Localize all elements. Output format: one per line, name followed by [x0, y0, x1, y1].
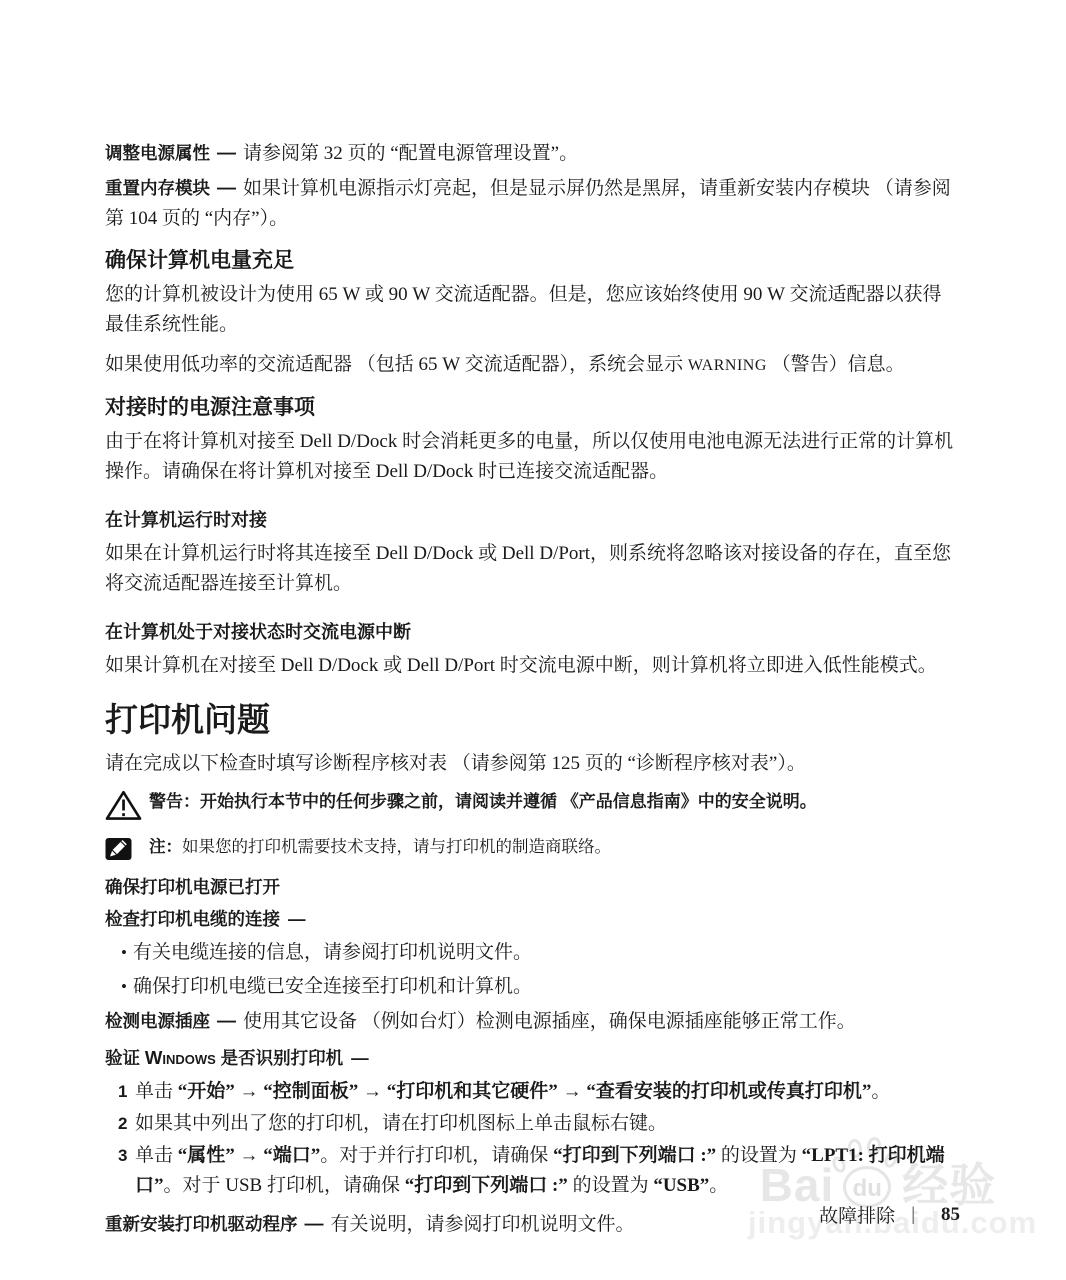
list-item-text: 有关电缆连接的信息，请参阅打印机说明文件。: [133, 938, 532, 968]
text-segment: 。: [709, 1175, 728, 1196]
dash: —: [217, 178, 236, 199]
checklist-text: 使用其它设备 （例如台灯）检测电源插座，确保电源插座能够正常工作。: [243, 1011, 856, 1032]
bullet-icon: •: [105, 938, 133, 968]
check-term: 验证: [105, 1048, 145, 1068]
text-segment: 的设置为: [716, 1145, 802, 1166]
step-number: 1: [105, 1077, 135, 1107]
text-segment: 单击: [135, 1081, 178, 1102]
warning-body: 开始执行本节中的任何步骤之前，请阅读并遵循 《产品信息指南》中的安全说明。: [200, 792, 817, 811]
dash: —: [351, 1048, 369, 1068]
text-segment: →: [235, 1145, 264, 1166]
checklist-item-test-outlet: 检测电源插座—使用其它设备 （例如台灯）检测电源插座，确保电源插座能够正常工作。: [105, 1006, 957, 1037]
check-term: 检查打印机电缆的连接: [105, 909, 280, 929]
paragraph: 您的计算机被设计为使用 65 W 或 90 W 交流适配器。但是，您应该始终使用…: [105, 280, 957, 340]
note-text: 注：如果您的打印机需要技术支持，请与打印机的制造商联络。: [149, 836, 611, 859]
system-message-text: WARNING: [688, 357, 767, 374]
text-segment: 。: [871, 1081, 890, 1102]
text-segment: 如果其中列出了您的打印机，请在打印机图标上单击鼠标右键。: [135, 1113, 667, 1134]
text-segment: 。对于并行打印机，请确保: [320, 1145, 553, 1166]
numbered-step: 3 单击 “属性” → “端口”。对于并行打印机，请确保 “打印到下列端口 :”…: [105, 1141, 957, 1201]
footer-section-title: 故障排除: [819, 1201, 895, 1228]
text-segment: 的设置为: [568, 1175, 654, 1196]
subsection-heading-dock-running: 在计算机运行时对接: [105, 509, 957, 531]
section-heading-docking: 对接时的电源注意事项: [105, 395, 957, 421]
warning-text: 警告：开始执行本节中的任何步骤之前，请阅读并遵循 《产品信息指南》中的安全说明。: [149, 789, 817, 814]
text-segment: “查看安装的打印机或传真打印机”: [586, 1081, 871, 1102]
warning-label: 警告：: [149, 792, 200, 811]
dash: —: [288, 909, 306, 929]
bullet-icon: •: [105, 972, 133, 1002]
page-footer: 故障排除 | 85: [819, 1201, 960, 1228]
text-segment: “USB”: [653, 1175, 709, 1196]
checklist-text: 有关说明，请参阅打印机说明文件。: [331, 1214, 635, 1235]
section-heading-printer-problems: 打印机问题: [105, 699, 957, 741]
text-segment: 单击: [135, 1145, 178, 1166]
numbered-step: 2 如果其中列出了您的打印机，请在打印机图标上单击鼠标右键。: [105, 1109, 957, 1139]
checklist-term: 重新安装打印机驱动程序: [105, 1214, 298, 1234]
section-heading-power: 确保计算机电量充足: [105, 248, 957, 274]
checklist-text: 请参阅第 32 页的 “配置电源管理设置”。: [243, 143, 578, 164]
checklist-term: 检测电源插座: [105, 1011, 210, 1031]
warning-callout: 警告：开始执行本节中的任何步骤之前，请阅读并遵循 《产品信息指南》中的安全说明。: [105, 789, 957, 826]
paragraph: 请在完成以下检查时填写诊断程序核对表 （请参阅第 125 页的 “诊断程序核对表…: [105, 749, 957, 779]
manual-page: 调整电源属性—请参阅第 32 页的 “配置电源管理设置”。 重置内存模块—如果计…: [0, 0, 1066, 1280]
step-number: 2: [105, 1109, 135, 1139]
step-text: 单击 “属性” → “端口”。对于并行打印机，请确保 “打印到下列端口 :” 的…: [135, 1141, 957, 1201]
list-item: • 确保打印机电缆已安全连接至打印机和计算机。: [105, 972, 957, 1002]
text-segment: “打印机和其它硬件”: [387, 1081, 558, 1102]
dash: —: [217, 1011, 236, 1032]
footer-page-number: 85: [941, 1204, 960, 1226]
text-segment: →: [558, 1081, 587, 1102]
windows-smallcaps: Windows: [145, 1047, 216, 1068]
subsection-heading-ac-loss: 在计算机处于对接状态时交流电源中断: [105, 621, 957, 643]
step-text: 单击 “开始” → “控制面板” → “打印机和其它硬件” → “查看安装的打印…: [135, 1077, 890, 1107]
text-segment: （警告）信息。: [767, 354, 905, 375]
dash: —: [217, 143, 236, 164]
paragraph: 如果使用低功率的交流适配器 （包括 65 W 交流适配器），系统会显示 WARN…: [105, 350, 957, 381]
check-heading-printer-on: 确保打印机电源已打开: [105, 876, 957, 898]
step-text: 如果其中列出了您的打印机，请在打印机图标上单击鼠标右键。: [135, 1109, 667, 1139]
text-segment: “开始”: [178, 1081, 235, 1102]
text-segment: “端口”: [263, 1145, 320, 1166]
note-label: 注：: [149, 838, 182, 856]
check-term: 是否识别打印机: [216, 1048, 343, 1068]
footer-separator: |: [911, 1204, 915, 1226]
checklist-term: 调整电源属性: [105, 143, 210, 163]
text-segment: “打印到下列端口 :”: [553, 1145, 716, 1166]
paragraph: 由于在将计算机对接至 Dell D/Dock 时会消耗更多的电量，所以仅使用电池…: [105, 427, 957, 487]
text-segment: →: [358, 1081, 387, 1102]
warning-triangle-icon: [105, 789, 149, 826]
dash: —: [305, 1214, 324, 1235]
checklist-item-adjust-power: 调整电源属性—请参阅第 32 页的 “配置电源管理设置”。: [105, 138, 957, 169]
step-number: 3: [105, 1141, 135, 1201]
paragraph: 如果计算机在对接至 Dell D/Dock 或 Dell D/Port 时交流电…: [105, 651, 957, 681]
list-item-text: 确保打印机电缆已安全连接至打印机和计算机。: [133, 972, 532, 1002]
text-segment: →: [235, 1081, 264, 1102]
text-segment: “打印到下列端口 :”: [405, 1175, 568, 1196]
text-segment: “控制面板”: [263, 1081, 358, 1102]
note-pencil-icon: [105, 836, 149, 866]
numbered-step: 1 单击 “开始” → “控制面板” → “打印机和其它硬件” → “查看安装的…: [105, 1077, 957, 1107]
text-segment: 如果使用低功率的交流适配器 （包括 65 W 交流适配器），系统会显示: [105, 354, 688, 375]
list-item: • 有关电缆连接的信息，请参阅打印机说明文件。: [105, 938, 957, 968]
page-content: 调整电源属性—请参阅第 32 页的 “配置电源管理设置”。 重置内存模块—如果计…: [105, 138, 957, 1244]
note-body: 如果您的打印机需要技术支持，请与打印机的制造商联络。: [182, 838, 611, 856]
paragraph: 如果在计算机运行时将其连接至 Dell D/Dock 或 Dell D/Port…: [105, 539, 957, 599]
text-segment: 。对于 USB 打印机，请确保: [164, 1175, 405, 1196]
checklist-item-reset-memory: 重置内存模块—如果计算机电源指示灯亮起，但是显示屏仍然是黑屏，请重新安装内存模块…: [105, 173, 957, 234]
note-callout: 注：如果您的打印机需要技术支持，请与打印机的制造商联络。: [105, 836, 957, 866]
checklist-term: 重置内存模块: [105, 178, 210, 198]
check-heading-windows-detect: 验证 Windows 是否识别打印机—: [105, 1047, 957, 1069]
check-heading-cable: 检查打印机电缆的连接—: [105, 908, 957, 930]
text-segment: “属性”: [178, 1145, 235, 1166]
